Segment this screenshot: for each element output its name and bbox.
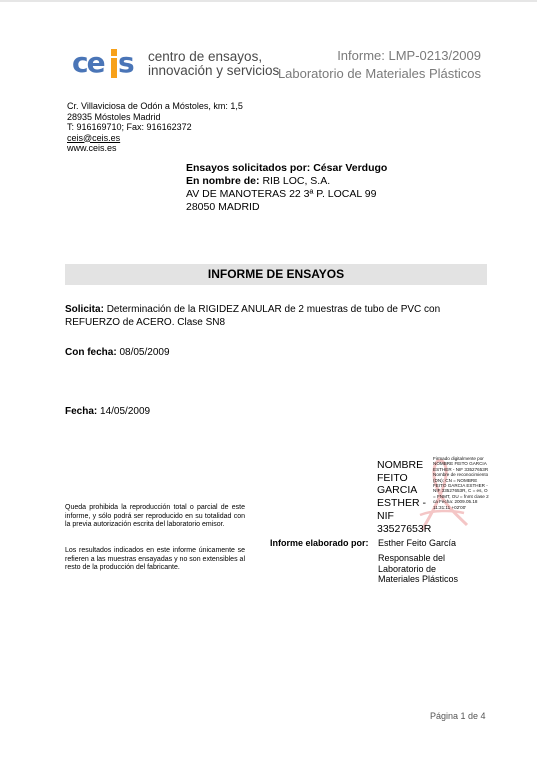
logo-mark-i <box>111 58 117 78</box>
signature-name-line: NOMBRE <box>377 459 431 472</box>
report-title-banner: INFORME DE ENSAYOS <box>65 264 487 285</box>
solicita-label: Solicita: <box>65 304 104 315</box>
requested-by-value: César Verdugo <box>313 162 387 174</box>
fecha-label: Fecha: <box>65 406 97 417</box>
report-header: Informe: LMP-0213/2009 Laboratorio de Ma… <box>278 47 481 83</box>
address-email-link[interactable]: ceis@ceis.es <box>67 133 243 144</box>
signature-name-line: NIF <box>377 510 431 523</box>
page-top-border <box>0 0 537 2</box>
signature-name-line: 33527653R <box>377 523 431 536</box>
logo-tagline: centro de ensayos, innovación y servicio… <box>148 50 279 78</box>
address-phone: T: 916169710; Fax: 916162372 <box>67 122 243 133</box>
elaborado-role: Responsable del Laboratorio de Materiale… <box>378 553 458 585</box>
logo-tagline-line2: innovación y servicios <box>148 64 279 78</box>
signature-name-line: ESTHER - <box>377 497 431 510</box>
report-id: Informe: LMP-0213/2009 <box>278 47 481 65</box>
elaborado-role-line: Materiales Plásticos <box>378 574 458 585</box>
fecha-line: Fecha: 14/05/2009 <box>65 406 150 417</box>
client-street: AV DE MANOTERAS 22 3ª P. LOCAL 99 <box>186 188 387 201</box>
fecha-value: 14/05/2009 <box>100 406 150 417</box>
elaborado-name: Esther Feito García <box>378 538 456 548</box>
digital-signature-details[interactable]: Firmado digitalmente por NOMBRE FEITO GA… <box>433 456 491 510</box>
client-city: 28050 MADRID <box>186 201 387 214</box>
address-line2: 28935 Móstoles Madrid <box>67 112 243 123</box>
requested-by-line: Ensayos solicitados por: César Verdugo <box>186 162 387 175</box>
logo-mark-s: s <box>118 49 135 77</box>
signature-name: NOMBRE FEITO GARCIA ESTHER - NIF 3352765… <box>377 459 431 535</box>
logo-mark-ce: ce <box>72 49 104 77</box>
lab-address: Cr. Villaviciosa de Odón a Móstoles, km:… <box>67 101 243 154</box>
results-disclaimer: Los resultados indicados en este informe… <box>65 547 245 573</box>
con-fecha-line: Con fecha: 08/05/2009 <box>65 347 170 358</box>
logo-mark-i-dot <box>111 49 117 56</box>
requested-by-label: Ensayos solicitados por: <box>186 162 310 174</box>
elaborado-role-line: Responsable del <box>378 553 458 564</box>
on-behalf-label: En nombre de: <box>186 175 260 187</box>
elaborado-role-line: Laboratorio de <box>378 564 458 575</box>
solicita-text: Determinación de la RIGIDEZ ANULAR de 2 … <box>65 304 440 328</box>
address-line1: Cr. Villaviciosa de Odón a Móstoles, km:… <box>67 101 243 112</box>
elaborado-label: Informe elaborado por: <box>270 538 369 548</box>
signature-name-line: GARCIA <box>377 484 431 497</box>
con-fecha-value: 08/05/2009 <box>119 347 169 358</box>
ceis-logo-mark: ce s <box>72 48 136 80</box>
logo-tagline-line1: centro de ensayos, <box>148 50 279 64</box>
signature-name-line: FEITO <box>377 472 431 485</box>
page-number: Página 1 de 4 <box>430 711 486 721</box>
reproduction-disclaimer: Queda prohibida la reproducción total o … <box>65 504 245 530</box>
address-web: www.ceis.es <box>67 143 243 154</box>
client-company: RIB LOC, S.A. <box>262 175 330 187</box>
client-block: Ensayos solicitados por: César Verdugo E… <box>186 162 387 214</box>
ceis-logo: ce s centro de ensayos, innovación y ser… <box>72 48 279 80</box>
con-fecha-label: Con fecha: <box>65 347 117 358</box>
solicita-block: Solicita: Determinación de la RIGIDEZ AN… <box>65 303 485 329</box>
lab-name: Laboratorio de Materiales Plásticos <box>278 65 481 83</box>
on-behalf-line: En nombre de: RIB LOC, S.A. <box>186 175 387 188</box>
